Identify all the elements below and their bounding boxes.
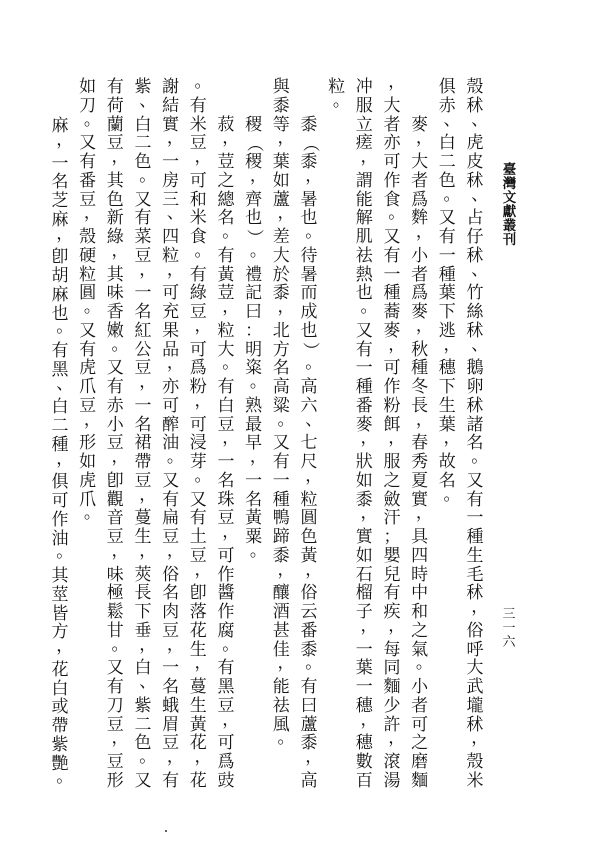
glyph: 、 (138, 92, 157, 111)
glyph: 。 (55, 768, 74, 787)
glyph: 生 (466, 547, 485, 566)
glyph: 一 (134, 284, 153, 303)
glyph: 熱 (355, 266, 374, 285)
glyph: 具 (410, 528, 429, 547)
glyph: 卵 (466, 378, 485, 397)
glyph: 又 (438, 209, 457, 228)
glyph: ， (470, 729, 489, 748)
glyph: 。 (194, 467, 213, 486)
glyph: ， (138, 261, 157, 280)
glyph: 有 (217, 378, 236, 397)
glyph: 皮 (466, 153, 485, 172)
glyph: 武 (466, 678, 485, 697)
glyph: 名 (134, 416, 153, 435)
glyph: 也 (244, 209, 263, 228)
glyph: 卽 (51, 248, 70, 267)
glyph: 麵 (383, 678, 402, 697)
text-column-4: ，大者亦可作食。又有一種蕎麥，可作粉餌，服之斂汗；嬰兒有疾，每同麵少許，滾湯 (383, 78, 402, 791)
glyph: ， (221, 523, 240, 542)
glyph: 蔓 (134, 509, 153, 528)
glyph: 四 (410, 547, 429, 566)
glyph: 又 (106, 359, 125, 378)
glyph: 熟 (244, 397, 263, 416)
glyph: 謂 (355, 172, 374, 191)
glyph: 大 (466, 659, 485, 678)
glyph: 圓 (300, 509, 319, 528)
glyph: 充 (161, 303, 180, 322)
glyph: ， (194, 748, 213, 767)
glyph: ， (304, 467, 323, 486)
glyph: 下 (438, 303, 457, 322)
glyph: 。 (83, 504, 102, 523)
glyph: 有 (78, 341, 97, 360)
glyph: 解 (355, 209, 374, 228)
glyph: 有 (161, 491, 180, 510)
glyph: 。 (138, 748, 157, 767)
text-column-1: 殼秫、虎皮秫、占仔秫、竹絲秫、鵝卵秫諸名。又有一種生毛秫，俗呼大武壠秫，殼米 (466, 78, 485, 791)
glyph: 又 (383, 228, 402, 247)
glyph: ， (221, 298, 240, 317)
glyph: 。 (194, 73, 213, 92)
glyph: ， (166, 748, 185, 767)
glyph: 黍 (300, 116, 319, 135)
glyph: 諸 (466, 416, 485, 435)
glyph: 名 (161, 584, 180, 603)
glyph: 音 (106, 509, 125, 528)
glyph: 三 (502, 608, 516, 622)
glyph: 小 (410, 678, 429, 697)
glyph: 結 (161, 97, 180, 116)
glyph: 荷 (106, 97, 125, 116)
glyph: 差 (272, 228, 291, 247)
glyph: ， (443, 429, 462, 448)
glyph: 名 (161, 678, 180, 697)
glyph: 有 (217, 247, 236, 266)
glyph: 夏 (410, 472, 429, 491)
glyph: 刊 (502, 233, 517, 247)
glyph: 。 (304, 354, 323, 373)
glyph: 花 (189, 622, 208, 641)
glyph: 其 (106, 172, 125, 191)
glyph: ， (277, 204, 296, 223)
glyph: 公 (134, 341, 153, 360)
glyph: 有 (106, 378, 125, 397)
glyph: 可 (189, 416, 208, 435)
glyph: 白 (134, 116, 153, 135)
text-column-14: 有荷蘭豆，其色新綠，其味香嫩。又有赤小豆，卽觀音豆，味極鬆甘。又有刀豆，豆形 (106, 78, 125, 791)
glyph: 帶 (51, 717, 70, 736)
glyph: 服 (355, 97, 374, 116)
glyph: 葉 (272, 153, 291, 172)
glyph: 。 (277, 729, 296, 748)
glyph: 番 (300, 622, 319, 641)
glyph: 齊 (244, 191, 263, 210)
glyph: 每 (383, 641, 402, 660)
glyph: 、 (470, 261, 489, 280)
glyph: ， (111, 542, 130, 561)
glyph: ， (415, 411, 434, 430)
glyph: 一 (244, 472, 263, 491)
glyph: 有 (438, 228, 457, 247)
glyph: ， (138, 486, 157, 505)
glyph: 爪 (78, 378, 97, 397)
glyph: 色 (300, 528, 319, 547)
glyph: 、 (166, 204, 185, 223)
glyph: 下 (134, 603, 153, 622)
glyph: 有 (106, 678, 125, 697)
glyph: 一 (355, 359, 374, 378)
running-title: 臺灣文獻叢刊 (502, 163, 517, 247)
glyph: 形 (78, 434, 97, 453)
glyph: 一 (161, 659, 180, 678)
glyph: 、 (443, 111, 462, 130)
glyph: 房 (161, 172, 180, 191)
glyph: 。 (83, 298, 102, 317)
glyph: 。 (470, 448, 489, 467)
glyph: 中 (410, 584, 429, 603)
glyph: 有 (134, 209, 153, 228)
glyph: 也 (300, 322, 319, 341)
glyph: 臺 (502, 163, 517, 177)
glyph: 和 (410, 603, 429, 622)
glyph: 祛 (355, 247, 374, 266)
glyph: ， (277, 298, 296, 317)
glyph: 方 (272, 341, 291, 360)
text-column-10: 菽，荳之總名。有黃荳，粒大。有白豆，一名珠豆，可作醬作腐。有黑豆，可爲豉 (217, 116, 236, 791)
glyph: 醬 (217, 584, 236, 603)
glyph: 壠 (466, 697, 485, 716)
glyph: 、 (55, 375, 74, 394)
glyph: 名 (51, 173, 70, 192)
glyph: ， (470, 598, 489, 617)
glyph: 又 (106, 659, 125, 678)
glyph: 有 (300, 678, 319, 697)
glyph: ， (111, 729, 130, 748)
glyph: 蕎 (383, 303, 402, 322)
glyph: 數 (355, 753, 374, 772)
glyph: ， (277, 129, 296, 148)
glyph: 浸 (189, 434, 208, 453)
glyph: 爲 (189, 359, 208, 378)
glyph: 種 (383, 284, 402, 303)
glyph: 。 (360, 298, 379, 317)
glyph: 蹄 (272, 528, 291, 547)
glyph: 嬰 (383, 547, 402, 566)
glyph: 。 (221, 636, 240, 655)
glyph: 麵 (410, 772, 429, 791)
glyph: 味 (106, 284, 125, 303)
glyph: 。 (249, 373, 268, 392)
glyph: 叢 (502, 219, 517, 233)
book-page: 臺灣文獻叢刊 三一六 殼秫、虎皮秫、占仔秫、竹絲秫、鵝卵秫諸名。又有一種生毛秫，… (0, 0, 600, 867)
glyph: 少 (383, 697, 402, 716)
glyph: 大 (383, 97, 402, 116)
glyph: ， (415, 223, 434, 242)
glyph: ， (249, 448, 268, 467)
glyph: 有 (383, 584, 402, 603)
glyph: 者 (410, 697, 429, 716)
glyph: ， (55, 450, 74, 469)
glyph: 、 (470, 336, 489, 355)
glyph: 百 (355, 772, 374, 791)
glyph: 如 (355, 472, 374, 491)
glyph: 、 (470, 186, 489, 205)
glyph: ， (55, 131, 74, 150)
glyph: 胡 (51, 267, 70, 286)
glyph: 。 (443, 186, 462, 205)
glyph: ， (360, 504, 379, 523)
glyph: 亦 (161, 378, 180, 397)
glyph: 裙 (134, 434, 153, 453)
glyph: 皆 (51, 605, 70, 624)
glyph: 故 (438, 453, 457, 472)
glyph: 立 (355, 116, 374, 135)
glyph: 暑 (300, 191, 319, 210)
glyph: ， (360, 429, 379, 448)
glyph: ， (221, 711, 240, 730)
glyph: 蔓 (189, 678, 208, 697)
glyph: 者 (410, 172, 429, 191)
glyph: 硬 (78, 247, 97, 266)
glyph: 。 (55, 318, 74, 337)
glyph: 一 (355, 641, 374, 660)
glyph: 可 (51, 492, 70, 511)
glyph: 作 (51, 511, 70, 530)
glyph: 種 (438, 266, 457, 285)
glyph: 菜 (134, 228, 153, 247)
glyph: 禮 (244, 266, 263, 285)
glyph: ， (166, 636, 185, 655)
glyph: 記 (244, 284, 263, 303)
glyph: 之 (217, 172, 236, 191)
glyph: 。 (111, 636, 130, 655)
glyph: 可 (410, 716, 429, 735)
glyph: ： (244, 322, 263, 341)
glyph: ， (194, 654, 213, 673)
glyph: 香 (106, 303, 125, 322)
glyph: 一 (355, 678, 374, 697)
glyph: 扁 (161, 509, 180, 528)
glyph: 於 (272, 266, 291, 285)
glyph: 俗 (161, 566, 180, 585)
glyph: 小 (410, 247, 429, 266)
glyph: 獻 (502, 205, 517, 219)
glyph: 卽 (106, 472, 125, 491)
glyph: 。 (194, 242, 213, 261)
glyph: 祛 (272, 697, 291, 716)
glyph: 土 (189, 528, 208, 547)
glyph: 種 (410, 359, 429, 378)
glyph: 、 (304, 411, 323, 430)
glyph: ， (111, 448, 130, 467)
glyph: 豆 (106, 753, 125, 772)
scan-speck (165, 830, 167, 832)
glyph: 呼 (466, 641, 485, 660)
glyph: 赤 (106, 397, 125, 416)
glyph: 黃 (189, 716, 208, 735)
glyph: 可 (217, 547, 236, 566)
glyph: 。 (387, 204, 406, 223)
page-number: 三一六 (502, 608, 516, 650)
glyph: 秫 (466, 397, 485, 416)
glyph: 俗 (466, 622, 485, 641)
glyph: 名 (272, 359, 291, 378)
glyph: 時 (410, 566, 429, 585)
glyph: 觀 (106, 491, 125, 510)
glyph: 釀 (272, 584, 291, 603)
glyph: 一 (51, 155, 70, 174)
glyph: 殼 (466, 753, 485, 772)
glyph: ， (111, 148, 130, 167)
glyph: ， (415, 129, 434, 148)
glyph: ， (166, 261, 185, 280)
glyph: 二 (134, 716, 153, 735)
glyph: 可 (383, 153, 402, 172)
glyph: （ (244, 134, 263, 153)
glyph: 味 (106, 566, 125, 585)
glyph: 者 (383, 116, 402, 135)
glyph: ， (138, 542, 157, 561)
glyph: 有 (355, 341, 374, 360)
glyph: 一 (134, 397, 153, 416)
glyph: 又 (355, 322, 374, 341)
glyph: 帶 (134, 453, 153, 472)
glyph: 。 (166, 448, 185, 467)
glyph: 白 (51, 680, 70, 699)
glyph: 石 (355, 566, 374, 585)
glyph: 絲 (466, 303, 485, 322)
glyph: 。 (221, 354, 240, 373)
glyph: 種 (272, 491, 291, 510)
glyph: 大 (410, 153, 429, 172)
text-column-15: 如刀。又有番豆，殼硬粒圓。又有虎爪豆，形如虎爪。 (78, 78, 97, 528)
glyph: 有 (78, 153, 97, 172)
glyph: ， (194, 317, 213, 336)
glyph: 磨 (410, 753, 429, 772)
glyph: 花 (189, 772, 208, 791)
glyph: 有 (383, 247, 402, 266)
glyph: 名 (217, 472, 236, 491)
glyph: 綠 (189, 284, 208, 303)
text-column-8: 與黍等，葉如蘆，差大於黍，北方名高粱。又有一種鴨蹄黍，釀酒甚佳，能祛風。 (272, 78, 291, 753)
glyph: 謝 (161, 78, 180, 97)
text-column-3: 麥，大者爲麰，小者爲麥，秋種冬長，春秀夏實，具四時中和之氣。小者可之磨麵 (410, 116, 429, 791)
glyph: （ (300, 134, 319, 153)
text-column-6: 粒。 (327, 78, 346, 116)
glyph: ， (166, 354, 185, 373)
glyph: 云 (300, 603, 319, 622)
glyph: 之 (410, 734, 429, 753)
glyph: 明 (244, 341, 263, 360)
glyph: 可 (161, 397, 180, 416)
glyph: 有 (189, 266, 208, 285)
text-column-11: 。有米豆，可和米食。有綠豆，可爲粉，可浸芽。又有土豆，卽落花生，蔓生黃花，花 (189, 78, 208, 791)
glyph: 黃 (244, 509, 263, 528)
text-column-16: 麻，一名芝麻，卽胡麻也。有黑、白二種，俱可作油。其莖皆方，花白或帶紫艷。 (51, 117, 70, 792)
glyph: 爲 (410, 284, 429, 303)
glyph: 。 (249, 242, 268, 261)
glyph: 汗 (383, 509, 402, 528)
glyph: 有 (51, 342, 70, 361)
glyph: 冬 (410, 378, 429, 397)
glyph: 鬆 (106, 603, 125, 622)
glyph: 又 (134, 772, 153, 791)
glyph: ， (111, 242, 130, 261)
glyph: 秀 (410, 453, 429, 472)
glyph: 長 (134, 584, 153, 603)
glyph: 形 (106, 772, 125, 791)
glyph: 爲 (410, 191, 429, 210)
glyph: 芝 (51, 192, 70, 211)
glyph: 肌 (355, 228, 374, 247)
glyph: 葉 (355, 659, 374, 678)
glyph: ， (83, 204, 102, 223)
glyph: 新 (106, 209, 125, 228)
glyph: 紫 (51, 736, 70, 755)
glyph: 一 (217, 453, 236, 472)
glyph: ， (166, 542, 185, 561)
glyph: 能 (355, 191, 374, 210)
glyph: 七 (300, 434, 319, 453)
glyph: 虎 (466, 134, 485, 153)
glyph: 一 (438, 247, 457, 266)
glyph: 、 (138, 673, 157, 692)
glyph: 、 (470, 111, 489, 130)
glyph: 如 (272, 172, 291, 191)
glyph: 高 (300, 378, 319, 397)
glyph: 曰 (244, 303, 263, 322)
glyph: ， (387, 73, 406, 92)
glyph: 有 (272, 453, 291, 472)
glyph: 狀 (355, 453, 374, 472)
glyph: 又 (466, 472, 485, 491)
glyph: 俱 (51, 473, 70, 492)
glyph: 一 (161, 153, 180, 172)
glyph: 種 (355, 378, 374, 397)
glyph: ， (194, 392, 213, 411)
glyph: 。 (83, 111, 102, 130)
glyph: 滾 (383, 753, 402, 772)
glyph: 有 (189, 97, 208, 116)
glyph: 而 (300, 284, 319, 303)
glyph: 葉 (438, 284, 457, 303)
glyph: ， (415, 317, 434, 336)
glyph: 。 (55, 543, 74, 562)
glyph: 有 (217, 659, 236, 678)
glyph: 種 (466, 528, 485, 547)
glyph: 穗 (355, 734, 374, 753)
glyph: 蘆 (300, 716, 319, 735)
glyph: 米 (189, 116, 208, 135)
glyph: 榴 (355, 584, 374, 603)
glyph: 有 (189, 509, 208, 528)
glyph: 黍 (272, 97, 291, 116)
glyph: 豉 (217, 772, 236, 791)
glyph: 黃 (217, 266, 236, 285)
glyph: 二 (134, 134, 153, 153)
glyph: 粉 (383, 397, 402, 416)
glyph: 二 (438, 153, 457, 172)
glyph: 文 (502, 191, 517, 205)
glyph: ， (387, 729, 406, 748)
glyph: 花 (51, 661, 70, 680)
glyph: ， (138, 373, 157, 392)
glyph: ， (194, 561, 213, 580)
glyph: ， (387, 336, 406, 355)
glyph: 醡 (161, 416, 180, 435)
glyph: 高 (272, 378, 291, 397)
glyph: 白 (438, 134, 457, 153)
